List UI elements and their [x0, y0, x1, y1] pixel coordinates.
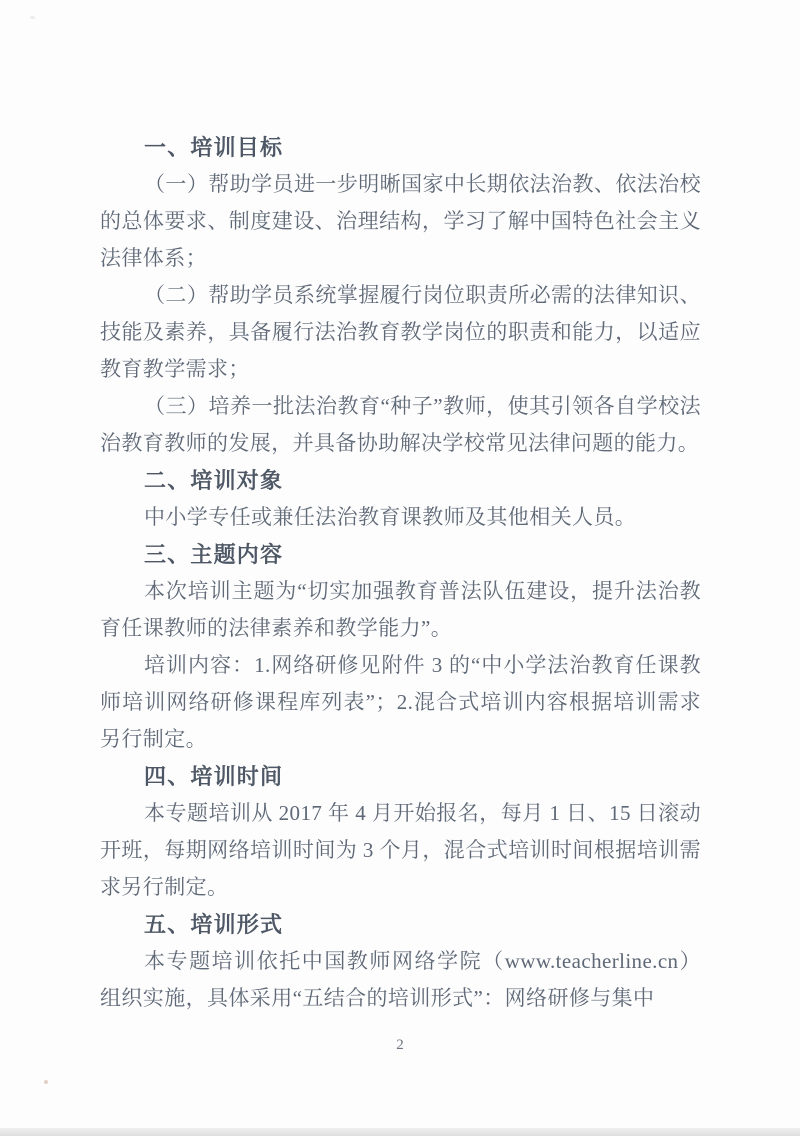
section-training-audience: 二、培训对象 中小学专任或兼任法治教育课教师及其他相关人员。: [100, 462, 701, 536]
section-heading: 五、培训形式: [100, 906, 701, 943]
paragraph: （一）帮助学员进一步明晰国家中长期依法治教、依法治校的总体要求、制度建设、治理结…: [100, 166, 701, 277]
section-heading: 三、主题内容: [100, 536, 701, 573]
paragraph: （三）培养一批法治教育“种子”教师，使其引领各自学校法治教育教师的发展，并具备协…: [100, 388, 701, 462]
document-content: 一、培训目标 （一）帮助学员进一步明晰国家中长期依法治教、依法治校的总体要求、制…: [100, 129, 701, 1017]
section-heading: 二、培训对象: [100, 462, 701, 499]
page-number: 2: [0, 1036, 800, 1054]
paragraph: （二）帮助学员系统掌握履行岗位职责所必需的法律知识、技能及素养，具备履行法治教育…: [100, 277, 701, 388]
section-heading: 四、培训时间: [100, 758, 701, 795]
section-topic-content: 三、主题内容 本次培训主题为“切实加强教育普法队伍建设，提升法治教育任课教师的法…: [100, 536, 701, 758]
document-page: 一、培训目标 （一）帮助学员进一步明晰国家中长期依法治教、依法治校的总体要求、制…: [0, 0, 800, 1136]
section-training-format: 五、培训形式 本专题培训依托中国教师网络学院（www.teacherline.c…: [100, 906, 701, 1017]
scan-artifact: [30, 16, 35, 19]
section-heading: 一、培训目标: [100, 129, 701, 166]
paragraph: 中小学专任或兼任法治教育课教师及其他相关人员。: [100, 499, 701, 536]
paragraph: 本专题培训从 2017 年 4 月开始报名，每月 1 日、15 日滚动开班，每期…: [100, 795, 701, 906]
section-training-time: 四、培训时间 本专题培训从 2017 年 4 月开始报名，每月 1 日、15 日…: [100, 758, 701, 906]
paragraph: 本次培训主题为“切实加强教育普法队伍建设，提升法治教育任课教师的法律素养和教学能…: [100, 573, 701, 647]
scan-artifact: [44, 1080, 48, 1084]
scan-edge-shadow: [0, 1128, 800, 1136]
paragraph: 培训内容：1.网络研修见附件 3 的“中小学法治教育任课教师培训网络研修课程库列…: [100, 647, 701, 758]
paragraph: 本专题培训依托中国教师网络学院（www.teacherline.cn）组织实施，…: [100, 943, 701, 1017]
section-training-objectives: 一、培训目标 （一）帮助学员进一步明晰国家中长期依法治教、依法治校的总体要求、制…: [100, 129, 701, 462]
